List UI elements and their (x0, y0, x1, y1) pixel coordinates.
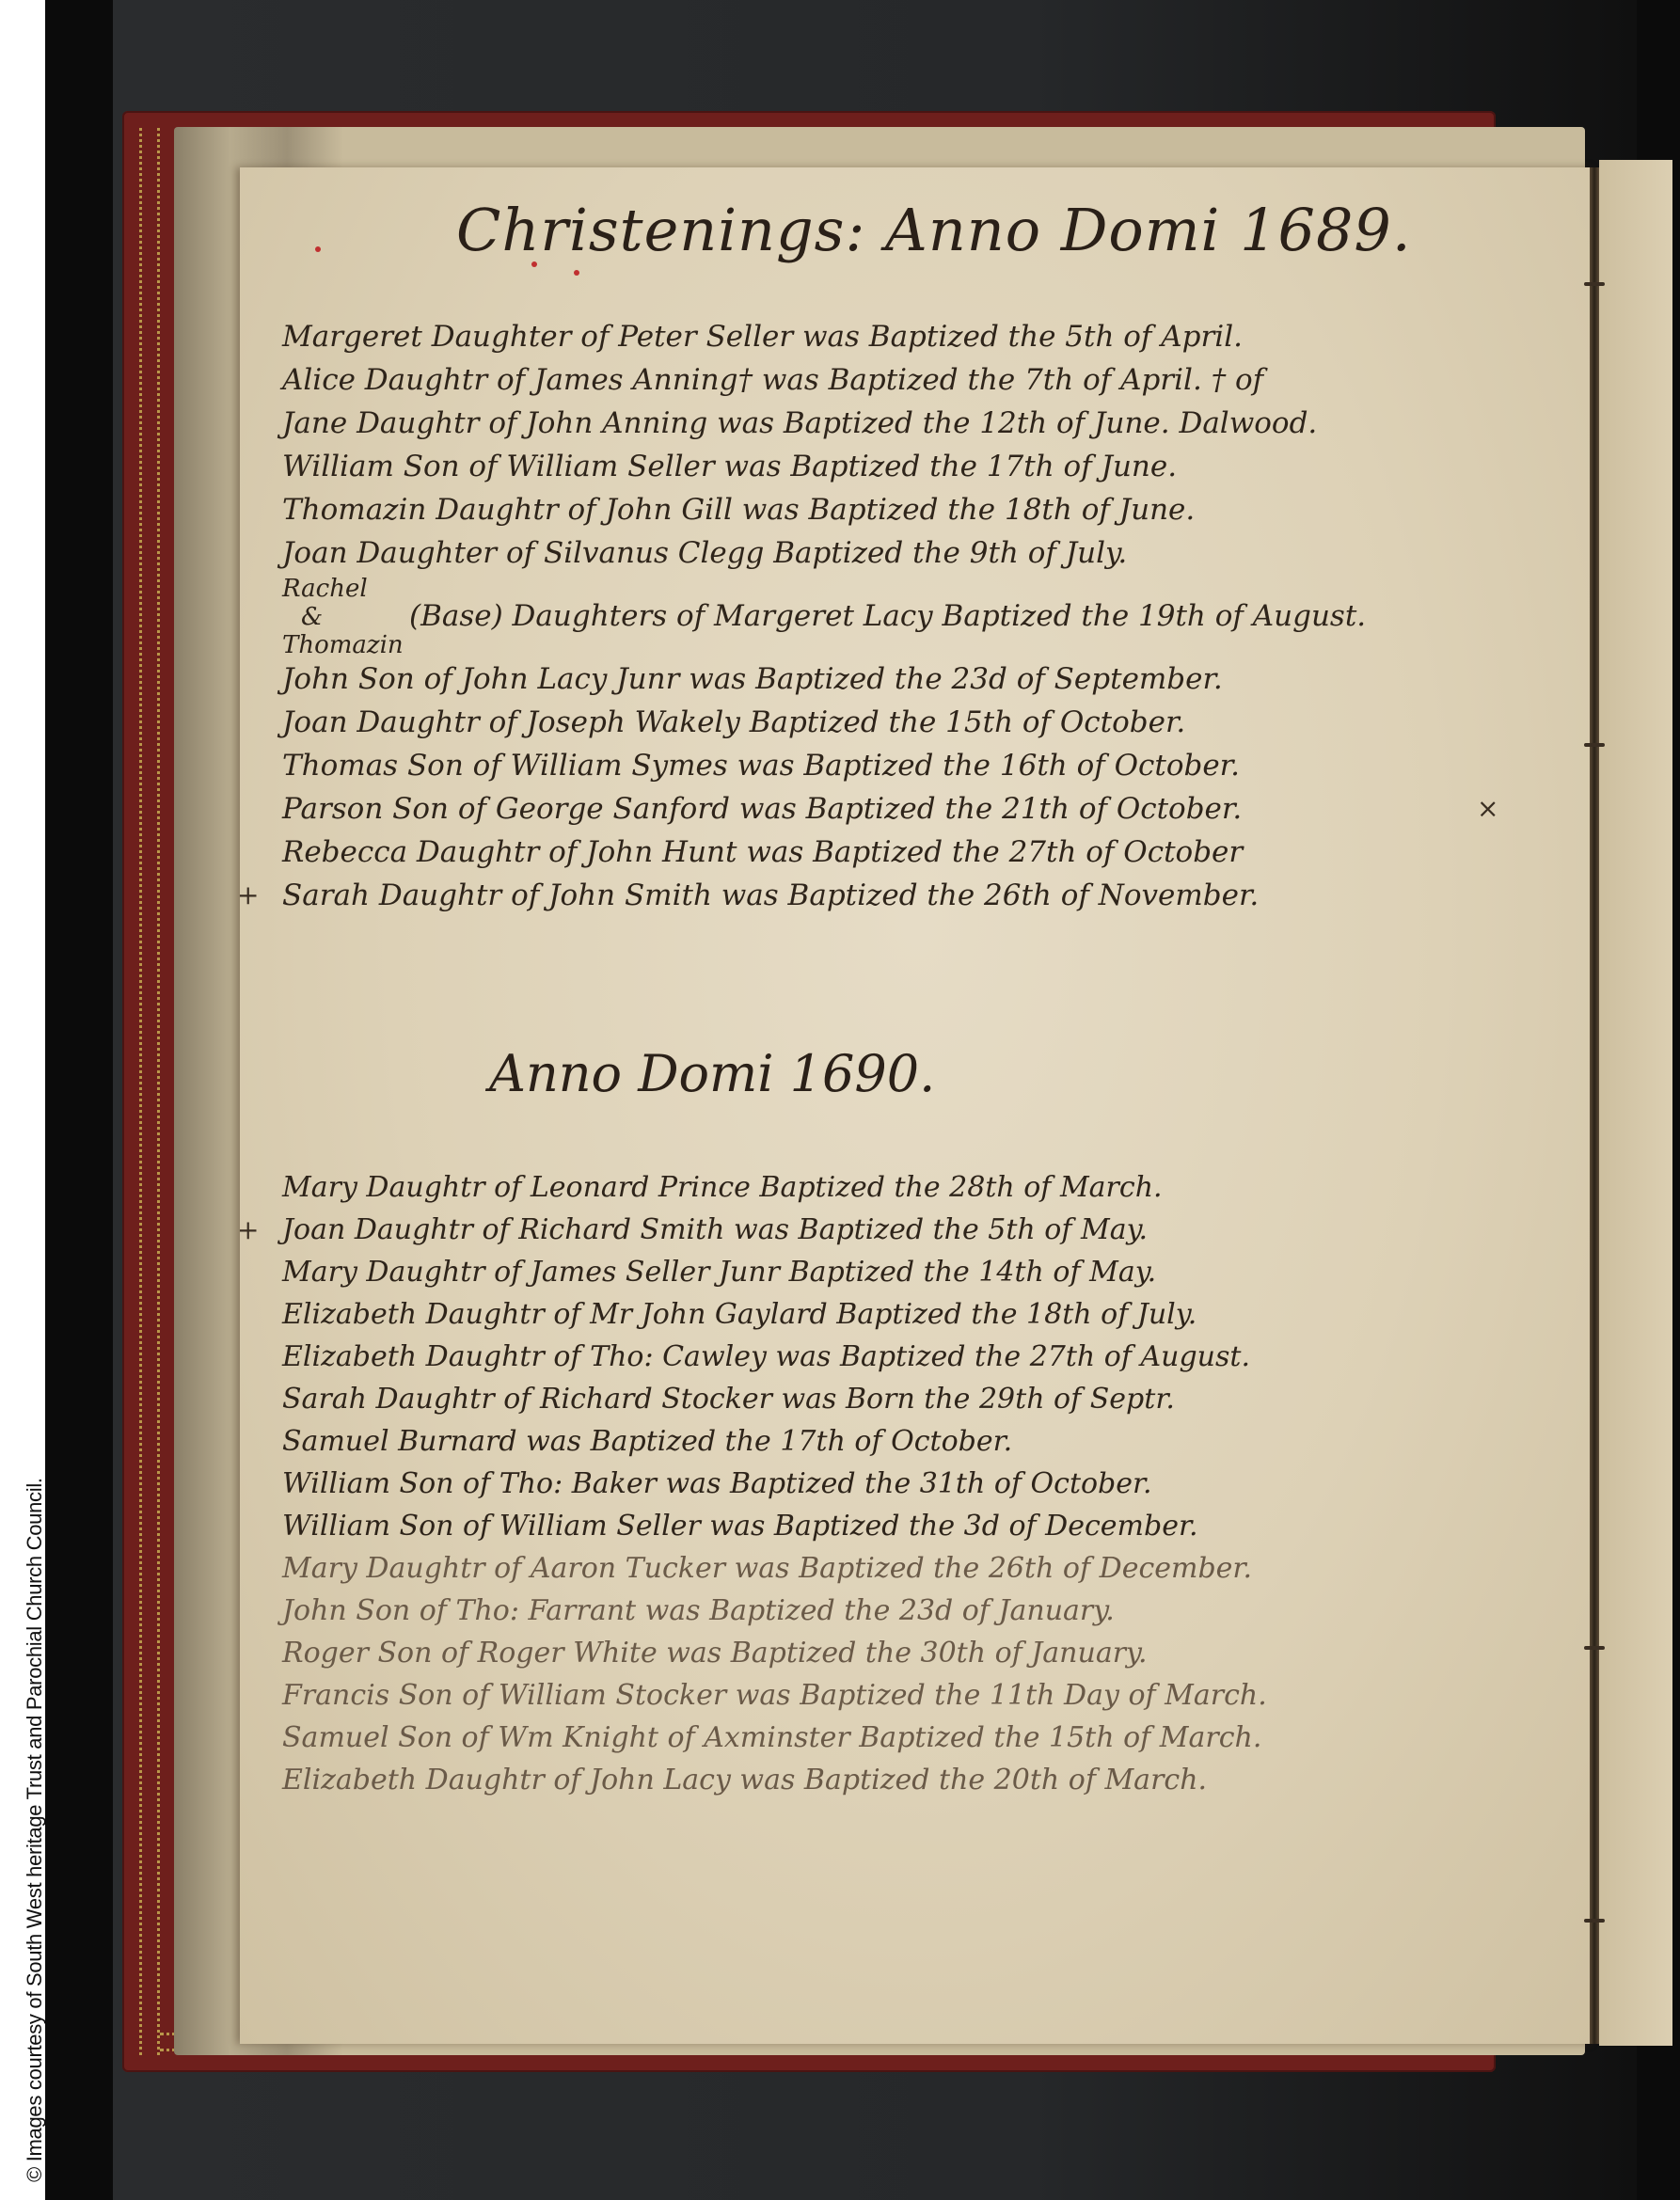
register-entry: Rebecca Daughtr of John Hunt was Baptize… (282, 831, 1533, 874)
register-entry-twins: Rachel & Thomazin (Base) Daughters of Ma… (282, 575, 1533, 657)
register-entry: Elizabeth Daughtr of John Lacy was Bapti… (282, 1759, 1533, 1801)
credit-strip: © Images courtesy of South West heritage… (0, 0, 45, 2200)
entries-1689: Margeret Daughter of Peter Seller was Ba… (282, 315, 1533, 917)
register-entry: Mary Daughtr of Leonard Prince Baptized … (282, 1166, 1533, 1209)
register-entry: Samuel Son of Wm Knight of Axminster Bap… (282, 1717, 1533, 1759)
register-entry: Roger Son of Roger White was Baptized th… (282, 1632, 1533, 1674)
binding-stitch (1584, 1646, 1605, 1650)
register-entry: John Son of John Lacy Junr was Baptized … (282, 657, 1533, 701)
cross-mark-icon: × (1477, 787, 1498, 831)
register-entry: William Son of Tho: Baker was Baptized t… (282, 1463, 1533, 1505)
register-entry: Francis Son of William Stocker was Bapti… (282, 1674, 1533, 1717)
register-entry: + Joan Daughtr of Richard Smith was Bapt… (282, 1209, 1533, 1251)
binding-stitch (1584, 1919, 1605, 1923)
register-entry-text: Parson Son of George Sanford was Baptize… (282, 792, 1242, 826)
register-entry-text: Sarah Daughtr of John Smith was Baptized… (282, 878, 1259, 912)
register-entry: Elizabeth Daughtr of Mr John Gaylard Bap… (282, 1293, 1533, 1336)
section-heading-1690: Anno Domi 1690. (489, 1044, 935, 1103)
register-entry: Sarah Daughtr of Richard Stocker was Bor… (282, 1378, 1533, 1420)
twin-names: Rachel & Thomazin (282, 575, 404, 659)
entries-1690: Mary Daughtr of Leonard Prince Baptized … (282, 1166, 1533, 1801)
register-entry: Mary Daughtr of James Seller Junr Baptiz… (282, 1251, 1533, 1293)
register-entry: Joan Daughtr of Joseph Wakely Baptized t… (282, 701, 1533, 744)
register-entry: Parson Son of George Sanford was Baptize… (282, 787, 1533, 831)
plus-mark-icon: + (237, 874, 259, 917)
twin-entry-text: (Base) Daughters of Margeret Lacy Baptiz… (409, 575, 1366, 657)
twin-name: Thomazin (282, 631, 404, 659)
twin-name: Rachel (282, 575, 404, 603)
register-entry: Mary Daughtr of Aaron Tucker was Baptize… (282, 1547, 1533, 1590)
register-entry: Thomazin Daughtr of John Gill was Baptiz… (282, 488, 1533, 531)
gilt-border-left (139, 128, 160, 2055)
section-heading-1689: Christenings: Anno Domi 1689. (456, 196, 1412, 264)
register-entry: Thomas Son of William Symes was Baptized… (282, 744, 1533, 787)
plus-mark-icon: + (237, 1209, 259, 1251)
register-entry: Alice Daughtr of James Anning† was Bapti… (282, 358, 1533, 402)
register-entry: William Son of William Seller was Baptiz… (282, 445, 1533, 488)
ink-spot (315, 246, 321, 252)
register-entry: John Son of Tho: Farrant was Baptized th… (282, 1590, 1533, 1632)
image-credit: © Images courtesy of South West heritage… (23, 1478, 47, 2182)
register-entry: Elizabeth Daughtr of Tho: Cawley was Bap… (282, 1336, 1533, 1378)
register-entry: Joan Daughter of Silvanus Clegg Baptized… (282, 531, 1533, 575)
register-entry: + Sarah Daughtr of John Smith was Baptiz… (282, 874, 1533, 917)
register-entry: Samuel Burnard was Baptized the 17th of … (282, 1420, 1533, 1463)
facing-page-edge (1599, 160, 1672, 2046)
register-entry-text: Joan Daughtr of Richard Smith was Baptiz… (282, 1213, 1148, 1246)
register-entry: William Son of William Seller was Baptiz… (282, 1505, 1533, 1547)
binding-stitch (1584, 282, 1605, 286)
binding-stitch (1584, 743, 1605, 747)
register-entry: Jane Daughtr of John Anning was Baptized… (282, 402, 1533, 445)
twin-ampersand: & (282, 603, 404, 631)
book-gutter (1590, 167, 1599, 2044)
ink-spot (574, 270, 579, 276)
register-entry: Margeret Daughter of Peter Seller was Ba… (282, 315, 1533, 358)
